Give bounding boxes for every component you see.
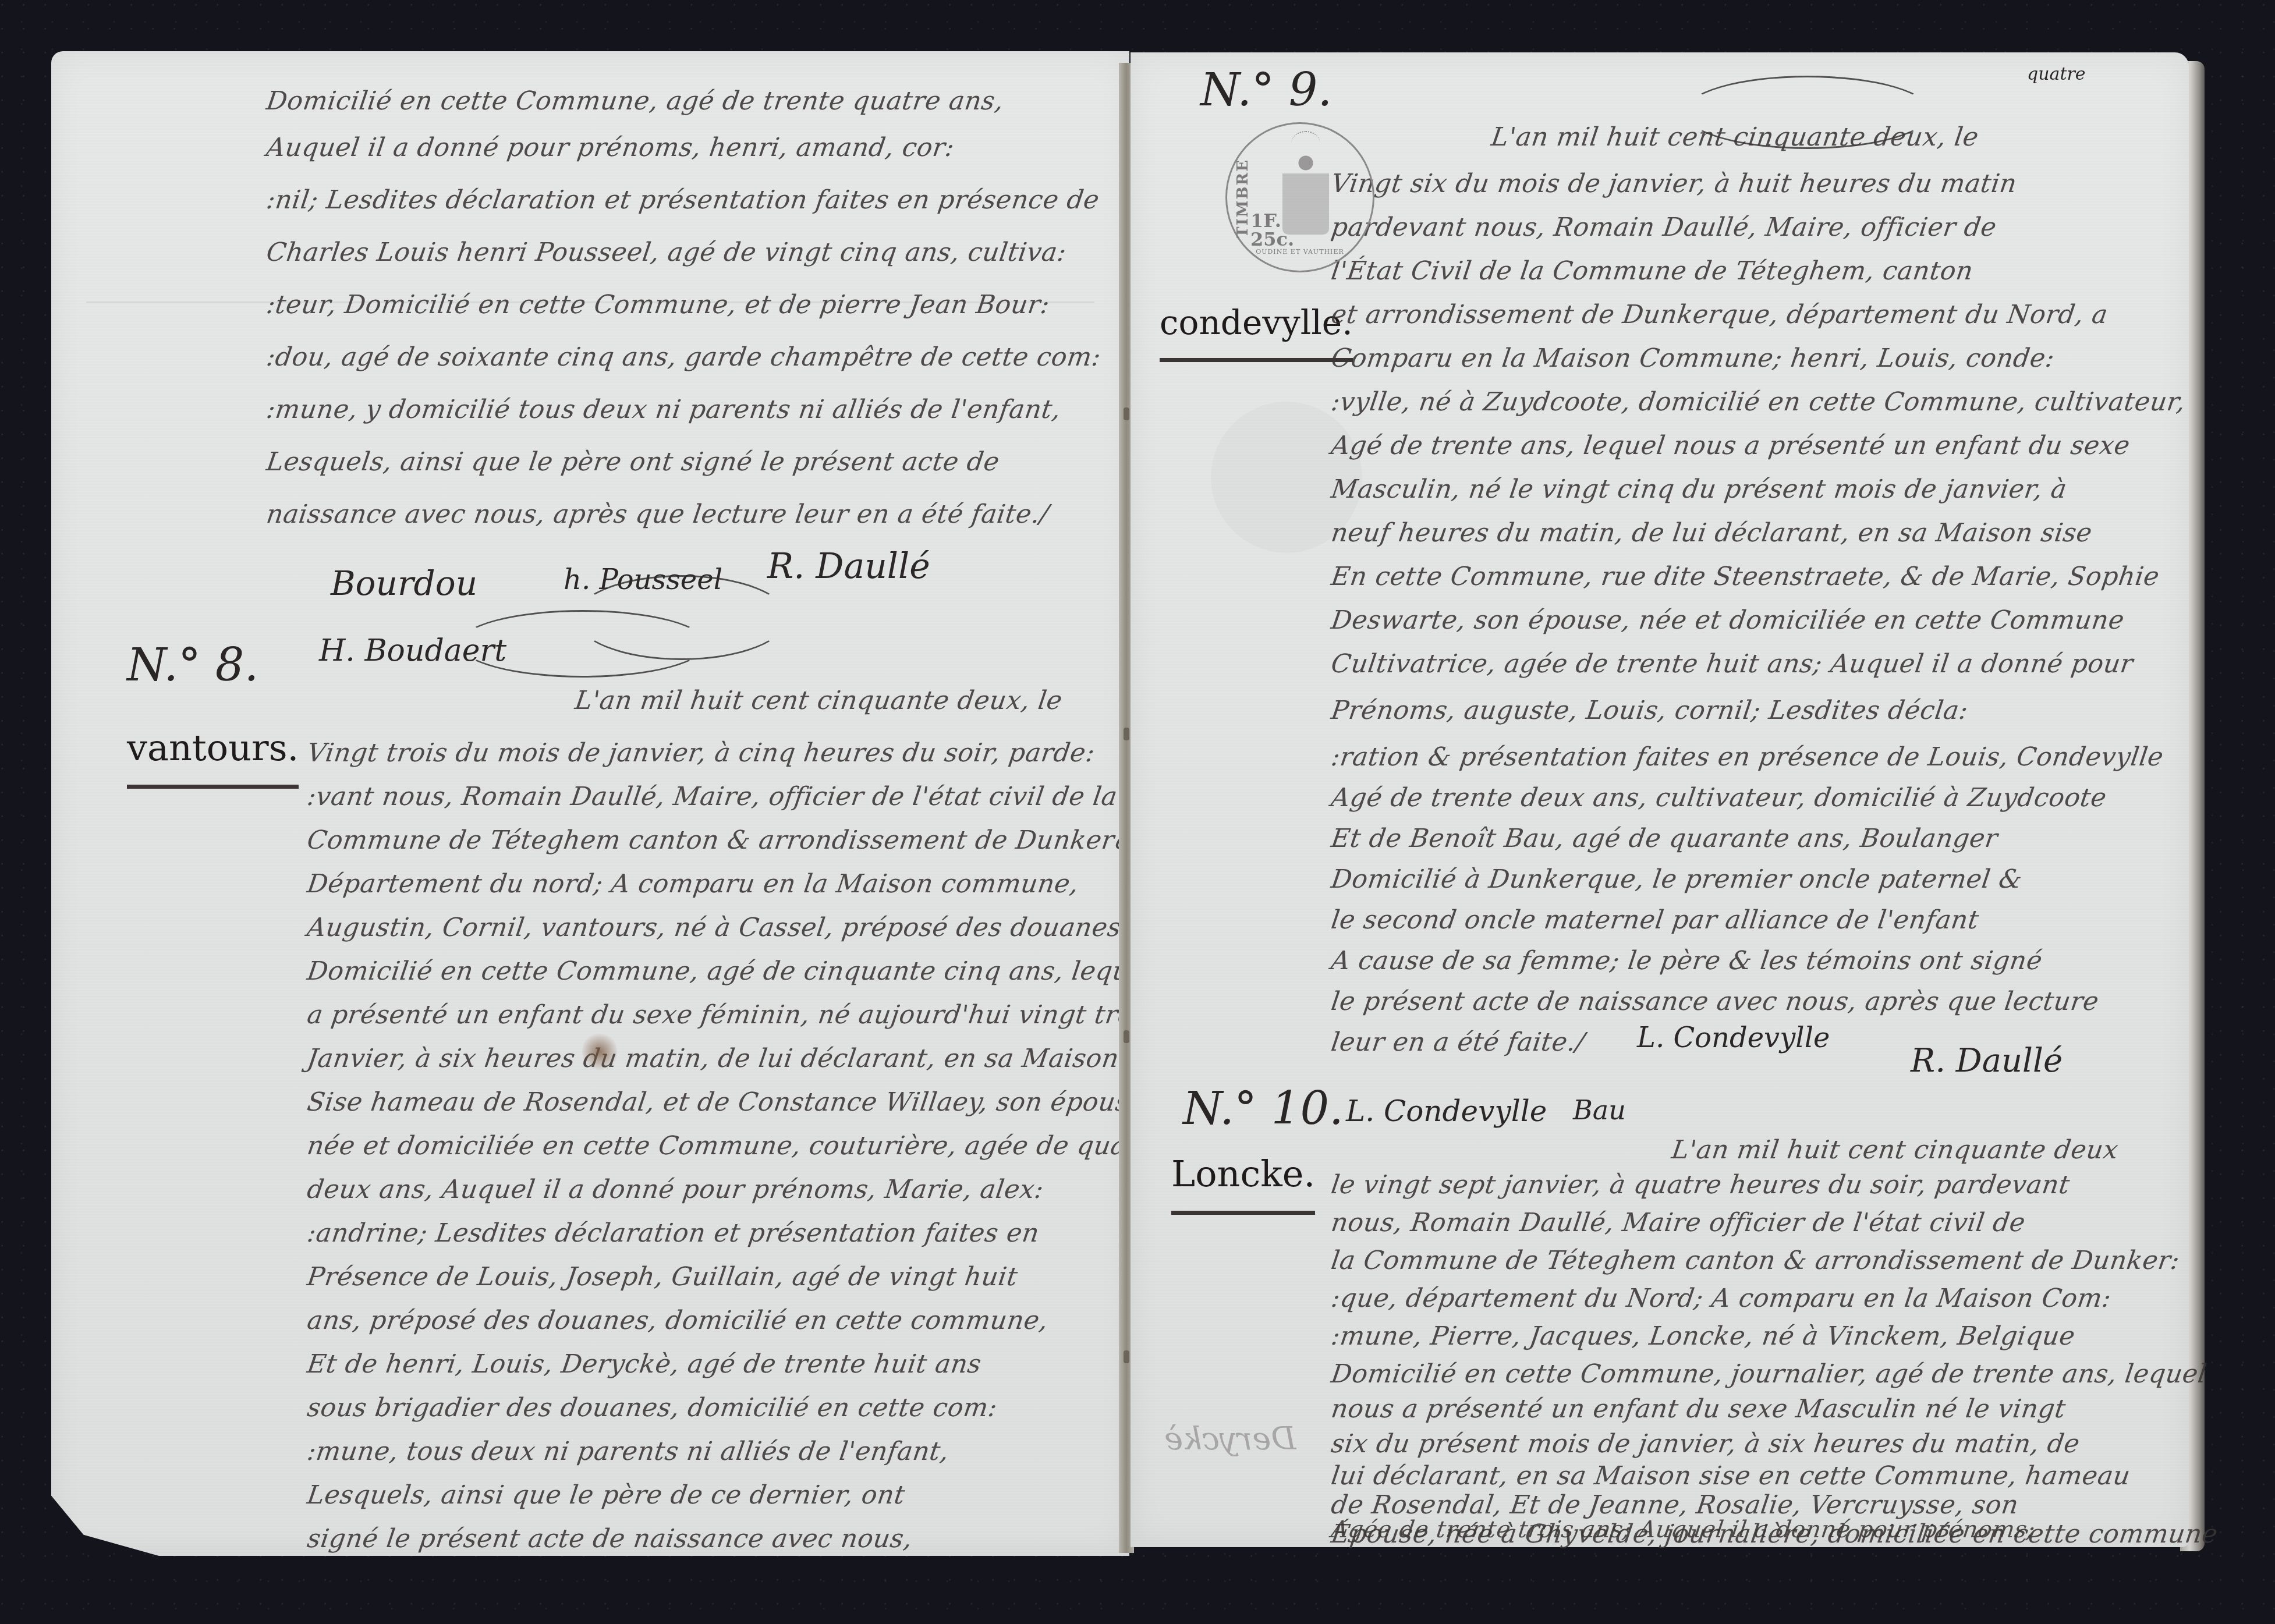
signature-daulle: R. Daullé [1911,1042,2063,1080]
signature-condevylle-2: L. Condevylle [1346,1094,1547,1128]
text-line: :nil; Lesdites déclaration et présentati… [264,185,1101,215]
left-page: Domicilié en cette Commune, agé de trent… [51,51,1129,1556]
text-line: a présenté un enfant du sexe féminin, né… [305,1000,1157,1030]
text-line: et arrondissement de Dunkerque, départem… [1329,300,2110,329]
tax-stamp: TIMBRE 1F. 25c. OUDINE ET VAUTHIER [1225,122,1374,272]
signature-flourish [575,575,788,660]
right-page: N.° 9. condevylle. quatre L'an mil huit … [1131,52,2189,1547]
binding-stitch [1124,1030,1129,1043]
text-line: Vingt six du mois de janvier, à huit heu… [1329,169,2018,198]
text-line: Agé de trente deux ans, cultivateur, dom… [1329,783,2109,813]
text-line: Et de Benoît Bau, agé de quarante ans, B… [1329,824,2000,853]
text-line: la Commune de Téteghem canton & arrondis… [1329,1246,2181,1275]
text-line: Janvier, à six heures du matin, de lui d… [305,1044,1121,1073]
signature-bourdou: Bourdou [331,563,477,603]
text-line: Agé de trente ans, lequel nous a présent… [1329,431,2132,460]
ink-blot [582,1031,617,1072]
text-line: nous, Romain Daullé, Maire officier de l… [1329,1208,2027,1237]
signature-daulle: R. Daullé [767,546,930,587]
text-line: Lesquels, ainsi que le père ont signé le… [264,447,1001,477]
text-line: L'an mil huit cent cinquante deux, le [1489,122,1980,152]
text-line: Agée de trente trois ans; Auquel il a do… [1330,1516,2037,1543]
text-line: deux ans, Auquel il a donné pour prénoms… [305,1175,1046,1204]
text-line: Cultivatrice, agée de trente huit ans; A… [1329,649,2135,679]
text-line: Prénoms, auguste, Louis, cornil; Lesdite… [1329,696,1970,725]
text-line: Lesquels, ainsi que le père de ce dernie… [305,1480,907,1510]
text-line: Département du nord; A comparu en la Mai… [305,869,1080,899]
text-line: :ration & présentation faites en présenc… [1329,742,2165,772]
text-line: :vylle, né à Zuydcoote, domicilié en cet… [1329,387,2187,417]
text-line: signé le présent acte de naissance avec … [305,1524,914,1554]
text-line: L'an mil huit cent cinquante deux [1670,1135,2120,1165]
binding-stitch [1124,728,1129,740]
signature-bau: Bau [1573,1094,1626,1126]
text-line: Présence de Louis, Joseph, Guillain, agé… [305,1262,1019,1292]
text-line: :dou, agé de soixante cinq ans, garde ch… [264,342,1103,372]
text-line: Domicilié en cette Commune, journalier, … [1329,1359,2209,1389]
text-line: six du présent mois de janvier, à six he… [1329,1429,2082,1459]
text-line: :andrine; Lesdites déclaration et présen… [305,1218,1041,1248]
text-line: En cette Commune, rue dite Steenstraete,… [1329,562,2161,591]
ghost-stamp-impression [1211,402,1362,553]
text-line: l'État Civil de la Commune de Téteghem, … [1329,256,1975,286]
text-line: A cause de sa femme; le père & les témoi… [1329,946,2044,976]
mirror-offset-text: Deryckè [1164,1420,1296,1457]
text-line: lui déclarant, en sa Maison sise en cett… [1329,1461,2132,1491]
signature-condevylle: L. Condevylle [1637,1022,1830,1054]
margin-name-vantours: vantours. [127,726,299,776]
text-line: Comparu en la Maison Commune; henri, Lou… [1329,343,2056,373]
text-line: de Rosendal, Et de Jeanne, Rosalie, Verc… [1329,1490,2020,1520]
text-line: le second oncle maternel par alliance de… [1329,905,1980,935]
text-line: nous a présenté un enfant du sexe Mascul… [1329,1394,2067,1424]
text-line: ans, préposé des douanes, domicilié en c… [305,1306,1050,1335]
text-line: pardevant nous, Romain Daullé, Maire, of… [1329,212,1998,242]
stamp-maker: OUDINE ET VAUTHIER [1256,248,1344,256]
act-number-9: N.° 9. [1200,64,1332,116]
text-line: naissance avec nous, après que lecture l… [264,499,1051,529]
binding-stitch [1124,407,1129,420]
text-line: Domicilié à Dunkerque, le premier oncle … [1329,864,2024,894]
text-line: :teur, Domicilié en cette Commune, et de… [264,290,1051,320]
text-line: le vingt sept janvier, à quatre heures d… [1329,1170,2071,1200]
margin-name-loncke: Loncke. [1171,1153,1315,1202]
text-line: neuf heures du matin, de lui déclarant, … [1329,518,2094,548]
text-line: Et de henri, Louis, Deryckè, agé de tren… [305,1349,983,1379]
act-number-10: N.° 10. [1183,1083,1344,1135]
text-line: :mune, tous deux ni parents ni alliés de… [305,1437,951,1466]
stamp-label: TIMBRE [1234,159,1252,238]
text-line: Domicilié en cette Commune, agé de trent… [264,86,1005,116]
text-line: Deswarte, son épouse, née et domiciliée … [1329,605,2126,635]
text-line: :mune, y domicilié tous deux ni parents … [264,395,1062,424]
text-line: :mune, Pierre, Jacques, Loncke, né à Vin… [1329,1321,2076,1351]
interlinear-note: quatre [2027,64,2086,84]
text-line: Commune de Téteghem canton & arrondissem… [305,825,1165,855]
act-number-8: N.° 8. [127,639,258,692]
text-line: :que, département du Nord; A comparu en … [1329,1283,2113,1313]
text-line: le présent acte de naissance avec nous, … [1329,987,2100,1016]
text-line: leur en a été faite./ [1329,1027,1587,1057]
text-line: Masculin, né le vingt cinq du présent mo… [1329,474,2068,504]
text-line: Augustin, Cornil, vantours, né à Cassel,… [305,913,1131,942]
margin-name-condevylle: condevylle. [1160,303,1353,349]
text-line: L'an mil huit cent cinquante deux, le [573,686,1064,715]
text-line: née et domiciliée en cette Commune, cout… [305,1131,1199,1161]
text-line: sous brigadier des douanes, domicilié en… [305,1393,999,1423]
text-line: Sise hameau de Rosendal, et de Constance… [305,1087,1146,1117]
binding-stitch [1124,1350,1129,1363]
text-line: :vant nous, Romain Daullé, Maire, offici… [305,782,1119,811]
text-line: Vingt trois du mois de janvier, à cinq h… [305,738,1097,768]
stamp-value: 1F. 25c. [1250,211,1294,249]
text-line: Auquel il a donné pour prénoms, henri, a… [264,133,956,162]
text-line: Charles Louis henri Pousseel, agé de vin… [264,237,1068,267]
text-line: Domicilié en cette Commune, agé de cinqu… [305,956,1227,986]
